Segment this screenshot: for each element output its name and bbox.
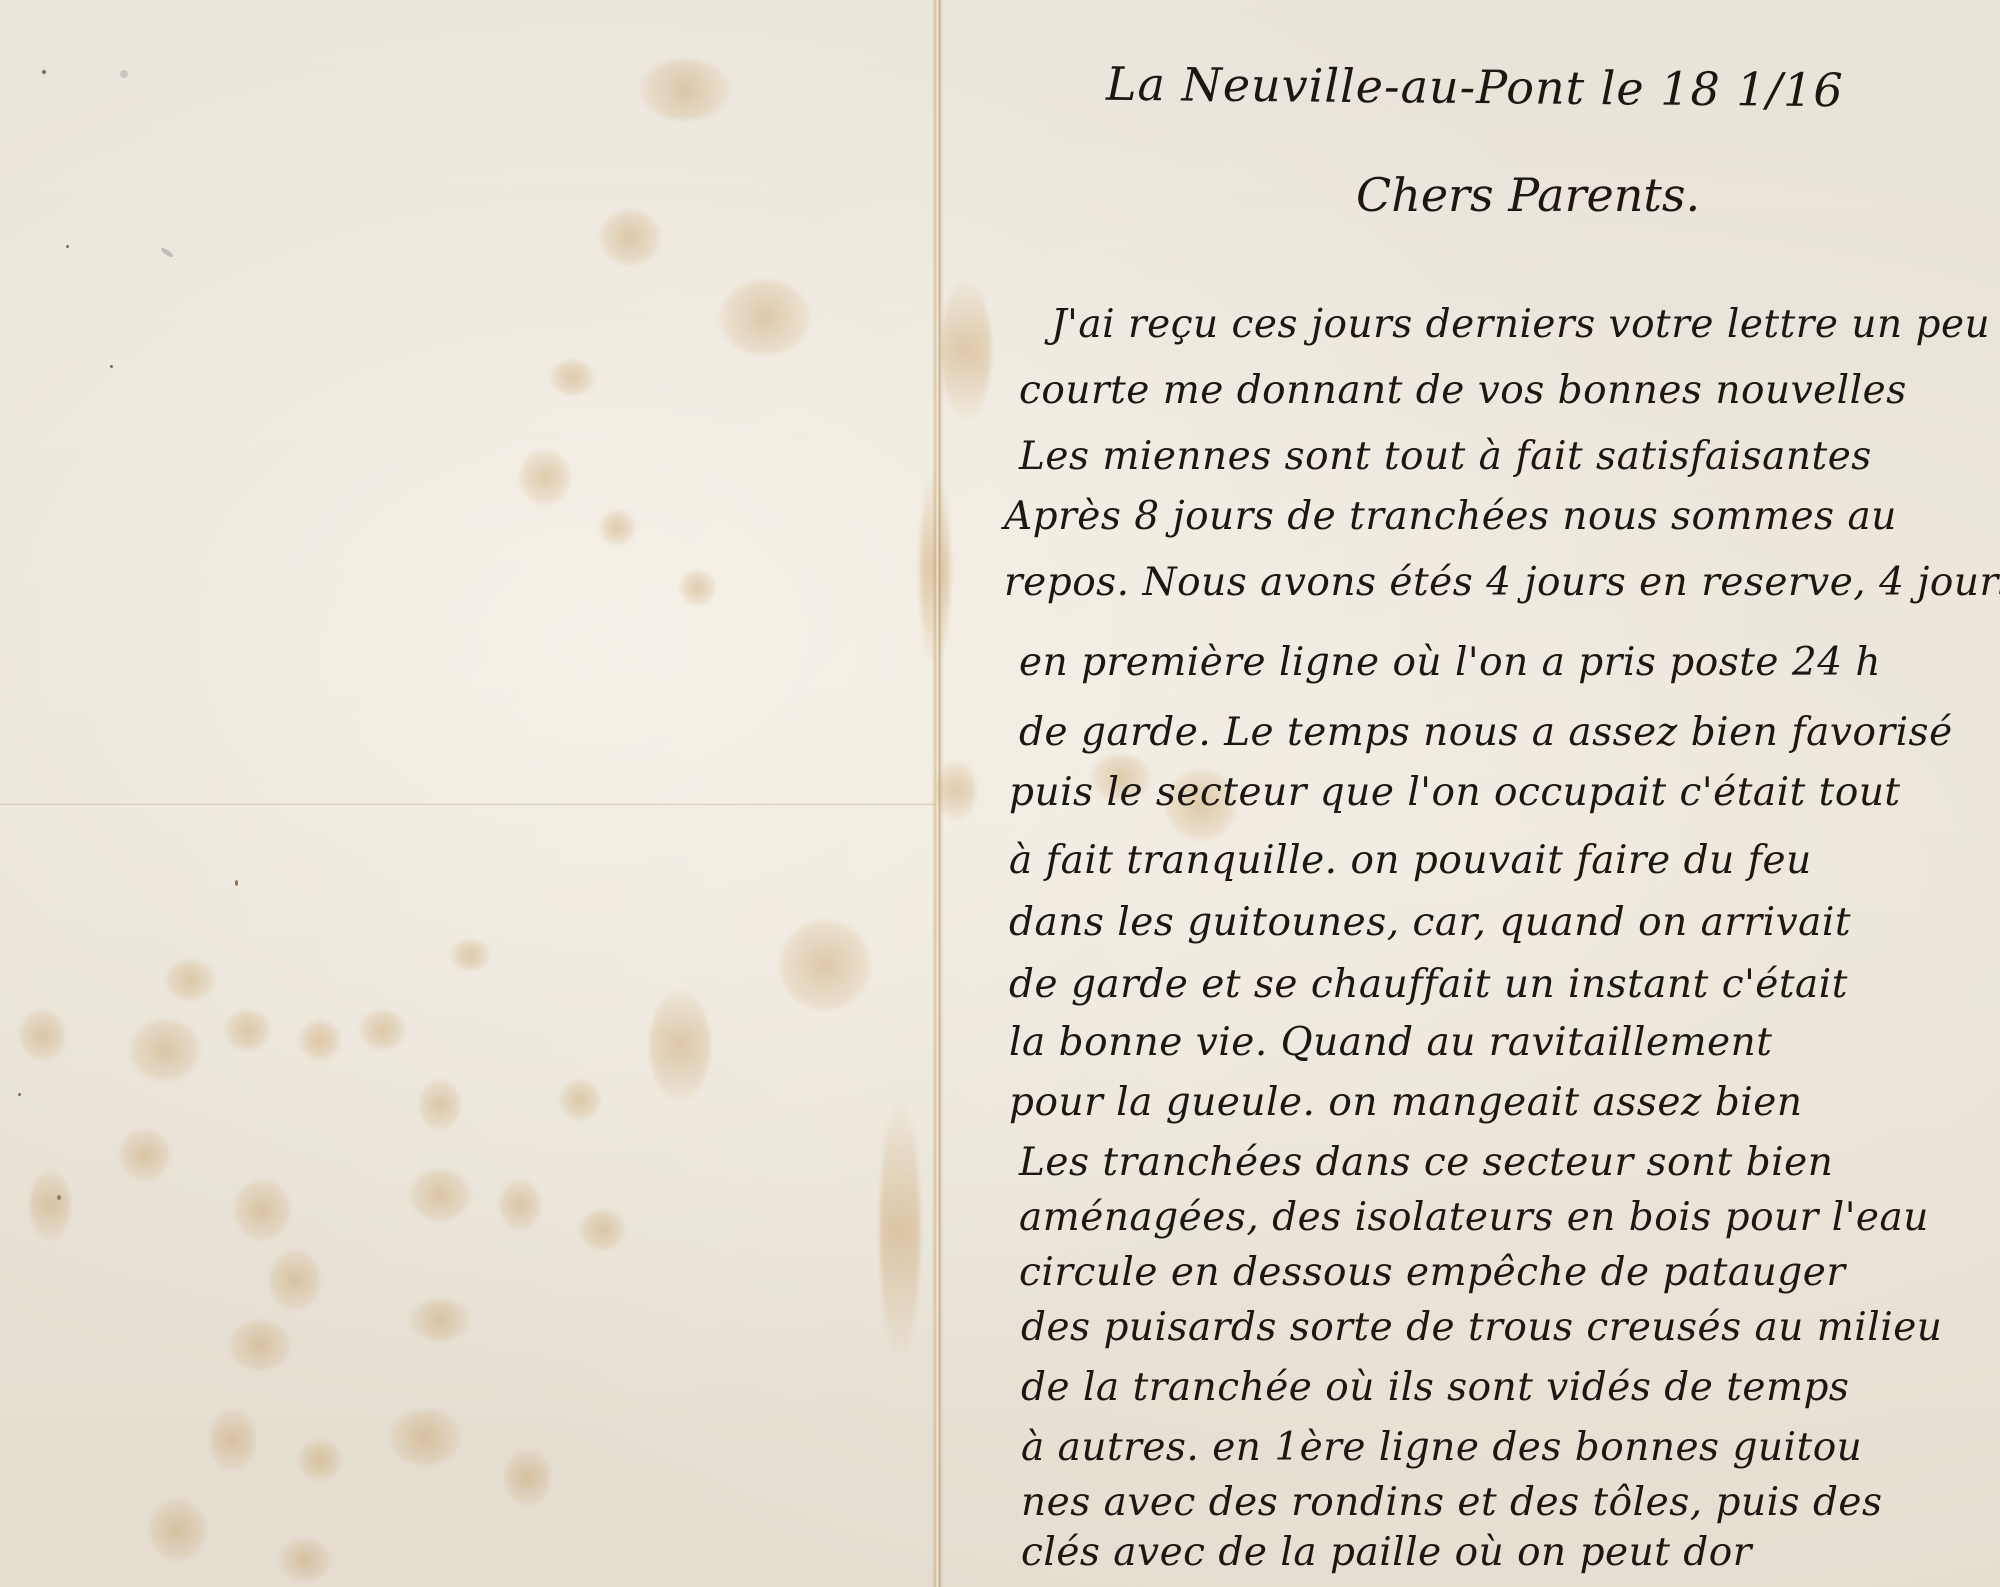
letter-salutation: Chers Parents. [1356,168,1700,222]
letter-body-line: aménagées, des isolateurs en bois pour l… [1019,1195,1929,1240]
foxing-stain [360,1010,405,1050]
ink-speck [120,70,128,78]
foxing-stain [410,1170,470,1220]
letter-sheet: La Neuville-au-Pont le 18 1/16 Chers Par… [0,0,2000,1587]
letter-body-line: dans les guitounes, car, quand on arriva… [1009,900,1851,945]
letter-body-line: la bonne vie. Quand au ravitaillement [1009,1020,1772,1065]
letter-body-line: de la tranchée où ils sont vidés de temp… [1021,1365,1849,1410]
foxing-stain [720,280,810,355]
foxing-stain [520,450,570,505]
letter-body-line: Les tranchées dans ce secteur sont bien [1019,1140,1833,1185]
foxing-stain [505,1450,550,1505]
ink-speck [160,246,174,258]
ink-speck [66,245,69,248]
foxing-stain [280,1540,330,1580]
letter-body-line: Après 8 jours de tranchées nous sommes a… [1004,494,1897,539]
foxing-stain [390,1410,460,1465]
foxing-stain [780,920,870,1010]
letter-body-line: courte me donnant de vos bonnes nouvelle… [1019,368,1907,413]
ink-speck [57,1195,61,1200]
foxing-stain [20,1010,65,1060]
foxing-stain [300,1020,340,1060]
letter-body-line: en première ligne où l'on a pris poste 2… [1019,640,1881,685]
foxing-stain [600,210,660,265]
letter-text: La Neuville-au-Pont le 18 1/16 Chers Par… [941,0,2000,1587]
foxing-stain [880,1100,920,1360]
ink-speck [235,880,238,886]
foxing-stain [130,1020,200,1080]
foxing-stain [410,1300,470,1340]
letter-body-line: Les miennes sont tout à fait satisfaisan… [1019,434,1872,479]
foxing-stain [640,60,730,120]
letter-body-line: des puisards sorte de trous creusés au m… [1021,1305,1942,1350]
foxing-stain [150,1500,205,1560]
letter-body-line: clés avec de la paille où on peut dor [1021,1530,1752,1575]
foxing-stain [300,1440,340,1480]
letter-body-line: J'ai reçu ces jours derniers votre lettr… [1051,302,1990,347]
ink-speck [18,1093,21,1096]
foxing-stain [450,940,490,970]
foxing-stain [650,990,710,1100]
foxing-stain [165,960,215,1000]
letter-body-line: de garde et se chauffait un instant c'ét… [1009,962,1848,1007]
foxing-stain [500,1180,540,1230]
foxing-stain [270,1250,320,1310]
left-page-blank [0,0,937,1587]
ink-speck [42,70,46,74]
letter-body-line: de garde. Le temps nous a assez bien fav… [1019,710,1953,755]
foxing-stain [600,510,635,545]
foxing-stain [210,1410,255,1470]
foxing-stain [225,1010,270,1050]
letter-header-place-date: La Neuville-au-Pont le 18 1/16 [1106,57,1844,117]
foxing-stain [550,360,595,395]
letter-body-line: nes avec des rondins et des tôles, puis … [1021,1480,1883,1525]
letter-body-line: à fait tranquille. on pouvait faire du f… [1009,838,1812,883]
foxing-stain [420,1080,460,1130]
foxing-stain [120,1130,170,1180]
foxing-stain [580,1210,625,1250]
right-page-letter: La Neuville-au-Pont le 18 1/16 Chers Par… [941,0,2000,1587]
foxing-stain [30,1170,70,1240]
letter-body-line: puis le secteur que l'on occupait c'étai… [1009,770,1901,815]
ink-speck [110,365,113,368]
letter-body-line: circule en dessous empêche de patauger [1019,1250,1845,1295]
letter-body-line: repos. Nous avons étés 4 jours en reserv… [1004,560,2000,605]
letter-body-line: à autres. en 1ère ligne des bonnes guito… [1021,1425,1862,1470]
horizontal-fold-crease [0,803,935,807]
foxing-stain [230,1320,290,1370]
foxing-stain [560,1080,600,1120]
foxing-stain [680,570,715,605]
foxing-stain [235,1180,290,1240]
letter-body-line: pour la gueule. on mangeait assez bien [1009,1080,1802,1125]
